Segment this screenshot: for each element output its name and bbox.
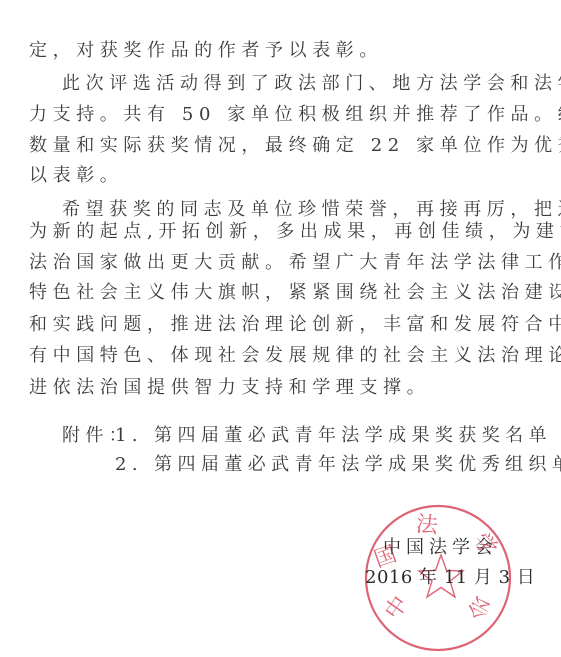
seal-char-5: 会	[464, 590, 496, 623]
paragraph-3-line-2: 为新的起点,开拓创新，多出成果，再创佳绩，为建设社会主义	[29, 222, 529, 242]
seal-char-1: 中	[380, 592, 413, 624]
attachment-item-2: 2. 第四届董必武青年法学成果奖优秀组织单位名单	[115, 455, 561, 475]
paragraph-2-line-4: 以表彰。	[29, 166, 529, 186]
paragraph-1-line-1: 定，对获奖作品的作者予以表彰。	[29, 41, 529, 61]
paragraph-3-line-6: 有中国特色、体现社会发展规律的社会主义法治理论，为全面推	[29, 346, 529, 366]
seal-char-3: 法	[415, 512, 440, 539]
paragraph-2-line-2: 力支持。共有 50 家单位积极组织并推荐了作品。结合作品征集	[29, 105, 529, 125]
paragraph-3-line-4: 特色社会主义伟大旗帜，紧紧围绕社会主义法治建设的重大理论	[29, 283, 529, 303]
paragraph-3-line-5: 和实践问题，推进法治理论创新，丰富和发展符合中国实际、具	[29, 315, 529, 335]
paragraph-3-line-1: 希望获奖的同志及单位珍惜荣誉，再接再厉，把这次表彰作	[62, 200, 561, 220]
paragraph-2-line-3: 数量和实际获奖情况，最终确定 22 家单位作为优秀组织单位予	[29, 136, 529, 156]
document-page: 定，对获奖作品的作者予以表彰。 此次评选活动得到了政法部门、地方法学会和法学院校…	[0, 0, 561, 657]
paragraph-3-line-7: 进依法治国提供智力支持和学理支撑。	[29, 378, 529, 398]
signature-date: 2016 年 11 月 3 日	[365, 568, 535, 588]
paragraph-3-line-3: 法治国家做出更大贡献。希望广大青年法学法律工作者高举中国	[29, 253, 529, 273]
attachment-item-1: 1. 第四届董必武青年法学成果奖获奖名单	[115, 426, 552, 446]
paragraph-2-line-1: 此次评选活动得到了政法部门、地方法学会和法学院校的大	[62, 74, 561, 94]
signature-organization: 中国法学会	[383, 538, 498, 558]
